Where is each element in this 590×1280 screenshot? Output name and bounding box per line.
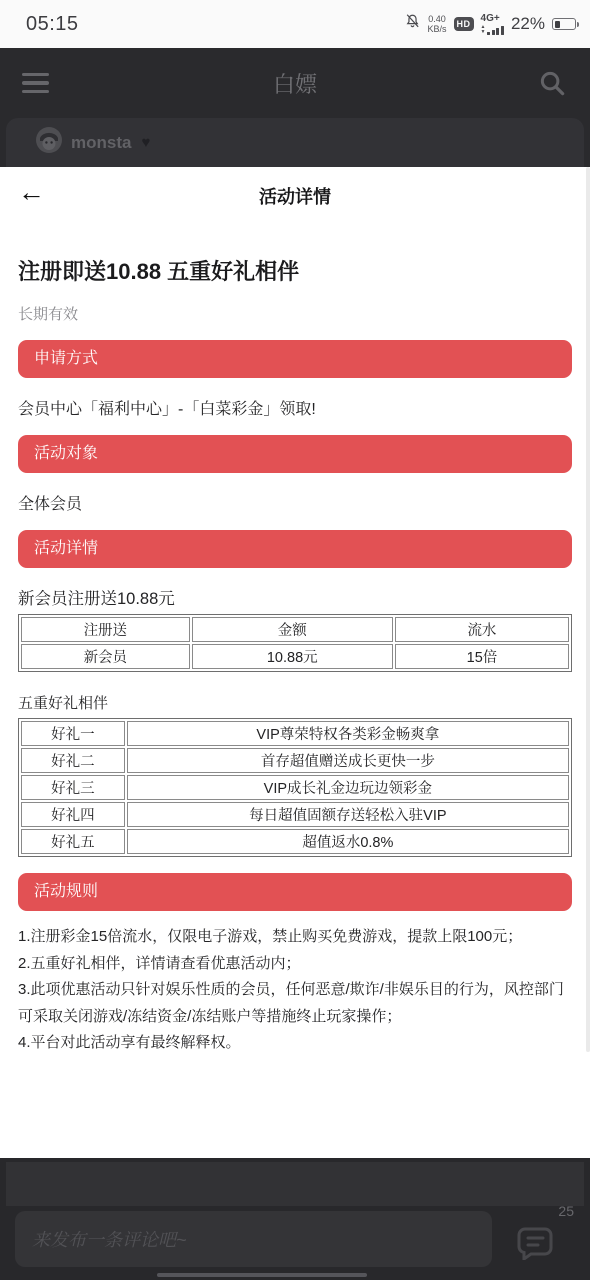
validity-text: 长期有效 bbox=[18, 303, 572, 324]
rule-item: 3.此项优惠活动只针对娱乐性质的会员，任何恶意/欺诈/非娱乐目的行为，风控部门可… bbox=[18, 977, 572, 1030]
modal-body: 注册即送10.88 五重好礼相伴 长期有效 申请方式 会员中心「福利中心」-「白… bbox=[0, 255, 590, 1057]
table-cell: 好礼二 bbox=[21, 748, 125, 773]
target-text: 全体会员 bbox=[18, 491, 572, 514]
table-cell: VIP成长礼金边玩边领彩金 bbox=[127, 775, 569, 800]
register-table-caption: 新会员注册送10.88元 bbox=[18, 585, 572, 609]
table-cell: 好礼三 bbox=[21, 775, 125, 800]
section-banner-target: 活动对象 bbox=[18, 435, 572, 473]
scrollbar-thumb[interactable] bbox=[586, 167, 590, 1052]
rules-list: 1.注册彩金15倍流水，仅限电子游戏，禁止购买免费游戏，提款上限100元； 2.… bbox=[18, 924, 572, 1057]
table-cell: 超值返水0.8% bbox=[127, 829, 569, 854]
table-row: 好礼四 每日超值固额存送轻松入驻VIP bbox=[21, 802, 569, 827]
comment-bubble-icon[interactable] bbox=[517, 1226, 553, 1260]
clock: 05:15 bbox=[26, 13, 79, 36]
table-cell: 10.88元 bbox=[192, 644, 393, 669]
comment-placeholder: 来发布一条评论吧~ bbox=[32, 1226, 187, 1252]
activity-detail-panel: ← 活动详情 注册即送10.88 五重好礼相伴 长期有效 申请方式 会员中心「福… bbox=[0, 167, 590, 1158]
rule-item: 2.五重好礼相伴，详情请查看优惠活动内； bbox=[18, 951, 572, 978]
table-header-cell: 流水 bbox=[395, 617, 569, 642]
menu-icon[interactable] bbox=[22, 73, 49, 94]
table-header-cell: 注册送 bbox=[21, 617, 190, 642]
table-row: 好礼二 首存超值赠送成长更快一步 bbox=[21, 748, 569, 773]
search-icon[interactable] bbox=[536, 67, 568, 99]
notification-muted-icon bbox=[404, 13, 421, 35]
speed-unit: KB/s bbox=[428, 24, 447, 34]
table-cell: 每日超值固额存送轻松入驻VIP bbox=[127, 802, 569, 827]
rule-item: 1.注册彩金15倍流水，仅限电子游戏，禁止购买免费游戏，提款上限100元； bbox=[18, 924, 572, 951]
table-cell: 新会员 bbox=[21, 644, 190, 669]
background-post-row: monsta ♥ bbox=[0, 118, 590, 167]
battery-icon bbox=[552, 18, 576, 30]
modal-nav: ← 活动详情 bbox=[0, 167, 590, 213]
back-icon[interactable]: ← bbox=[18, 179, 45, 206]
rule-item: 4.平台对此活动享有最终解释权。 bbox=[18, 1030, 572, 1057]
page-title: 活动详情 bbox=[0, 183, 590, 209]
gifts-table-caption: 五重好礼相伴 bbox=[18, 692, 572, 713]
table-cell: 首存超值赠送成长更快一步 bbox=[127, 748, 569, 773]
phone-screen: 05:15 0.40 KB/s HD 4G+ ▲▼ bbox=[0, 0, 590, 1280]
table-row: 注册送 金额 流水 bbox=[21, 617, 569, 642]
table-cell: 好礼四 bbox=[21, 802, 125, 827]
home-indicator[interactable] bbox=[157, 1273, 367, 1278]
heart-icon: ♥ bbox=[141, 134, 150, 151]
speed-value: 0.40 bbox=[428, 14, 446, 24]
table-cell: VIP尊荣特权各类彩金畅爽拿 bbox=[127, 721, 569, 746]
battery-percent: 22% bbox=[511, 14, 545, 34]
apply-text: 会员中心「福利中心」-「白菜彩金」领取! bbox=[18, 396, 572, 419]
comment-input[interactable]: 来发布一条评论吧~ bbox=[15, 1211, 492, 1267]
table-cell: 15倍 bbox=[395, 644, 569, 669]
data-arrows-icon: ▲▼ bbox=[481, 25, 486, 35]
network-type: 4G+ bbox=[481, 14, 500, 24]
table-row: 好礼三 VIP成长礼金边玩边领彩金 bbox=[21, 775, 569, 800]
avatar[interactable] bbox=[36, 127, 62, 158]
bottom-bar: 25 来发布一条评论吧~ bbox=[0, 1158, 590, 1280]
post-card[interactable]: monsta ♥ bbox=[6, 118, 584, 167]
status-bar: 05:15 0.40 KB/s HD 4G+ ▲▼ bbox=[0, 0, 590, 48]
signal-icon: 4G+ ▲▼ bbox=[481, 14, 504, 35]
section-banner-apply: 申请方式 bbox=[18, 340, 572, 378]
register-table: 注册送 金额 流水 新会员 10.88元 15倍 bbox=[18, 614, 572, 672]
app-header: 白嫖 bbox=[0, 48, 590, 118]
background-card-bottom bbox=[6, 1162, 584, 1206]
app-title: 白嫖 bbox=[0, 68, 590, 99]
table-row: 好礼一 VIP尊荣特权各类彩金畅爽拿 bbox=[21, 721, 569, 746]
table-row: 新会员 10.88元 15倍 bbox=[21, 644, 569, 669]
comment-count-badge: 25 bbox=[558, 1203, 574, 1219]
table-row: 好礼五 超值返水0.8% bbox=[21, 829, 569, 854]
section-banner-details: 活动详情 bbox=[18, 530, 572, 568]
signal-bars-icon bbox=[487, 26, 504, 35]
promo-heading: 注册即送10.88 五重好礼相伴 bbox=[18, 255, 572, 286]
network-speed: 0.40 KB/s bbox=[428, 14, 447, 34]
section-banner-rules: 活动规则 bbox=[18, 873, 572, 911]
table-header-cell: 金额 bbox=[192, 617, 393, 642]
table-cell: 好礼一 bbox=[21, 721, 125, 746]
hd-icon: HD bbox=[454, 17, 474, 31]
username[interactable]: monsta bbox=[71, 133, 131, 153]
table-cell: 好礼五 bbox=[21, 829, 125, 854]
status-bar-right: 0.40 KB/s HD 4G+ ▲▼ 22% bbox=[404, 13, 577, 35]
gifts-table: 好礼一 VIP尊荣特权各类彩金畅爽拿 好礼二 首存超值赠送成长更快一步 好礼三 … bbox=[18, 718, 572, 857]
